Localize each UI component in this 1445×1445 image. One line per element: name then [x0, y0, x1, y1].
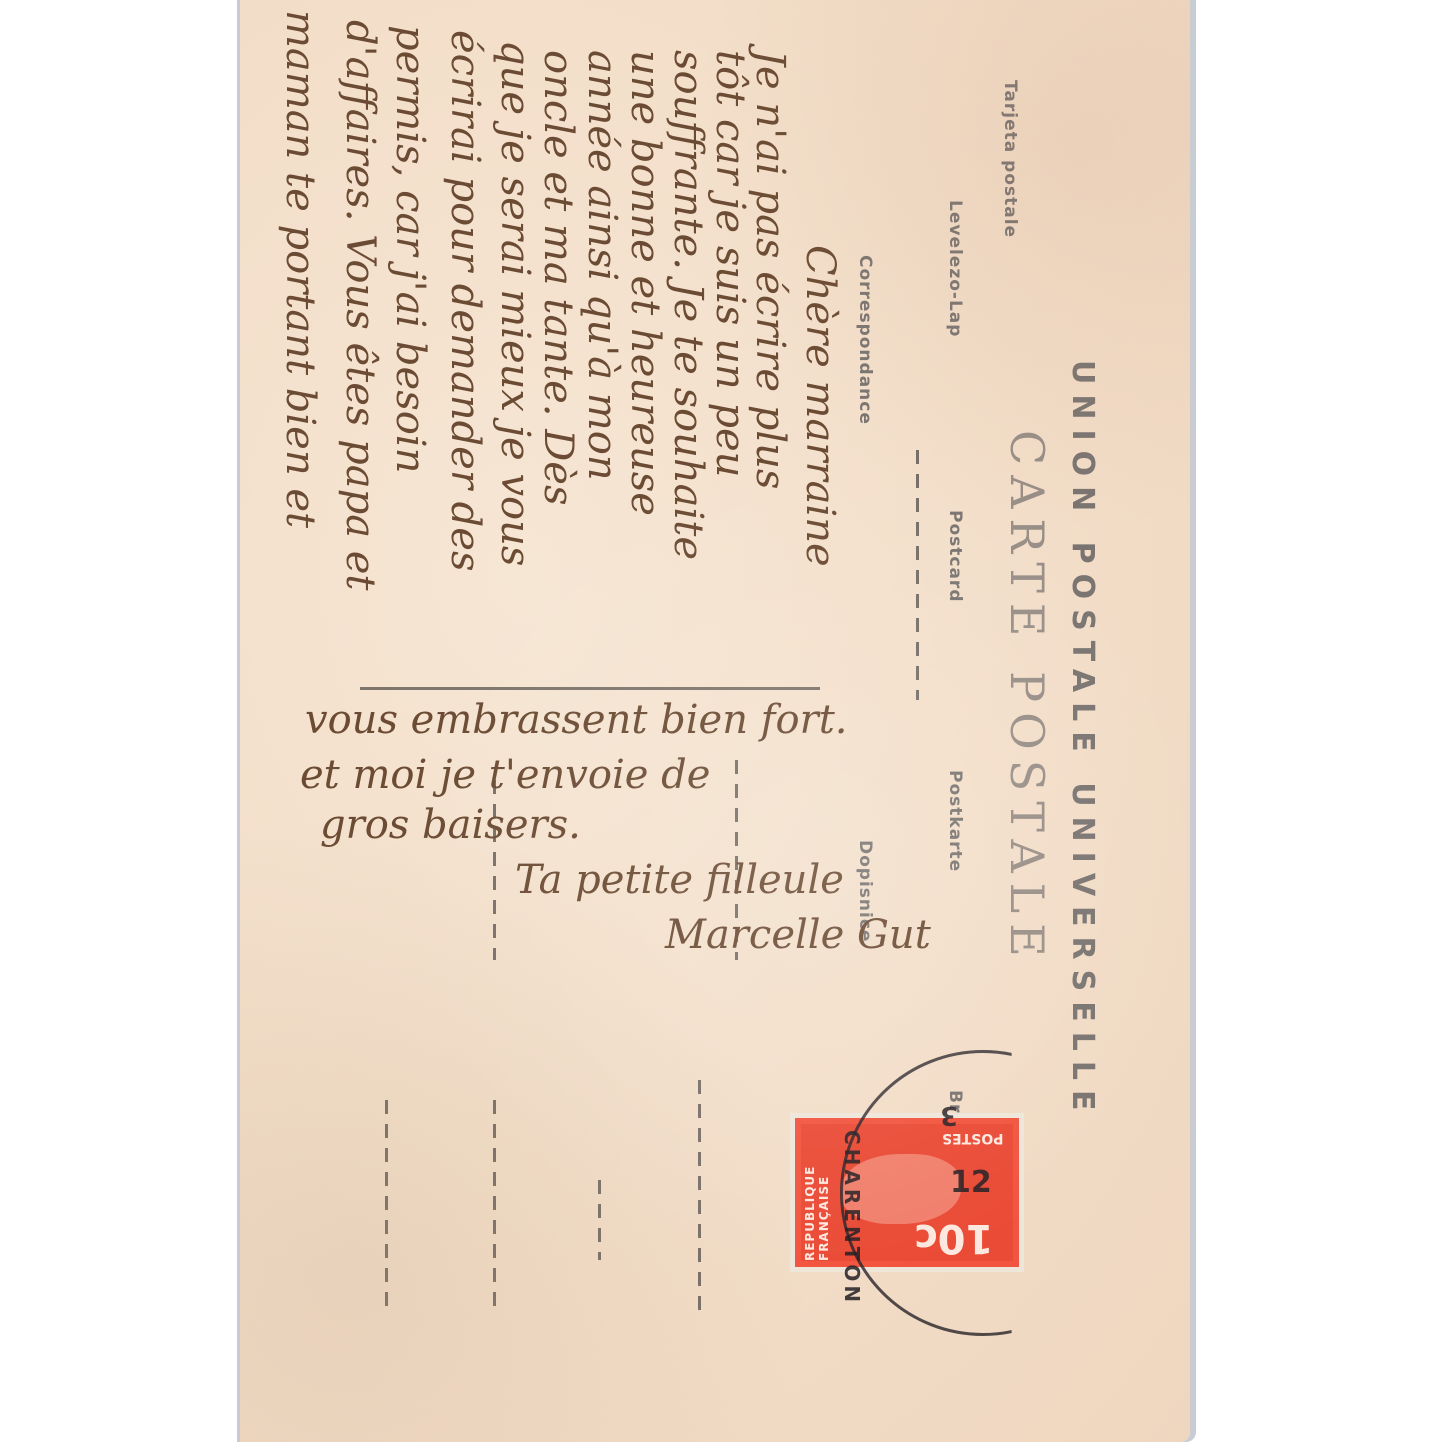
printed-label-5: Postkarte — [945, 770, 965, 872]
postmark-day: 12 — [950, 1165, 992, 1200]
printed-label-4: Postcard — [945, 510, 965, 603]
message-line: écrirai pour demander des — [445, 30, 485, 571]
message-line: oncle et ma tante. Dès — [538, 50, 578, 506]
address-line-1 — [385, 1100, 388, 1310]
center-divider — [916, 450, 919, 700]
message-divider — [360, 687, 820, 690]
message-line: permis, car j'ai besoin — [390, 25, 430, 473]
message-line: souffrante. Je te souhaite — [668, 50, 708, 560]
address-line-4 — [698, 1080, 701, 1310]
message-line: tôt car je suis un peu — [710, 50, 750, 477]
postmark-town: CHARENTON — [840, 1130, 864, 1306]
stamp-country: REPUBLIQUE FRANÇAISE — [803, 1130, 831, 1261]
printed-label-3: Correspondance — [855, 255, 875, 425]
message-line: et moi je t'envoie de — [300, 755, 710, 795]
message-line: maman te portant bien et — [280, 10, 320, 528]
message-line: une bonne et heureuse — [625, 50, 665, 516]
message-line: année ainsi qu'à mon — [582, 50, 622, 481]
message-signature: Marcelle Gut — [665, 915, 931, 955]
address-line-2 — [493, 1100, 496, 1310]
message-line: vous embrassent bien fort. — [305, 700, 847, 740]
printed-label-2: Levelezo-Lap — [945, 200, 965, 337]
printed-header: UNION POSTALE UNIVERSELLE — [1065, 360, 1100, 1120]
postmark-extra: 3 — [940, 1100, 958, 1130]
printed-title: CARTE POSTALE — [1000, 430, 1054, 967]
message-greeting: Chère marraine — [800, 245, 840, 567]
message-line: Je n'ai pas écrire plus — [750, 50, 790, 489]
message-closing: Ta petite filleule — [515, 860, 844, 900]
message-line: que je serai mieux je vous — [495, 40, 535, 566]
message-line: gros baisers. — [320, 805, 581, 845]
postcard-back: UNION POSTALE UNIVERSELLE CARTE POSTALE … — [240, 0, 1190, 1442]
address-line-3 — [598, 1180, 601, 1260]
message-line: d'affaires. Vous êtes papa et — [340, 20, 380, 591]
printed-label-1: Tarjeta postale — [1000, 80, 1020, 238]
